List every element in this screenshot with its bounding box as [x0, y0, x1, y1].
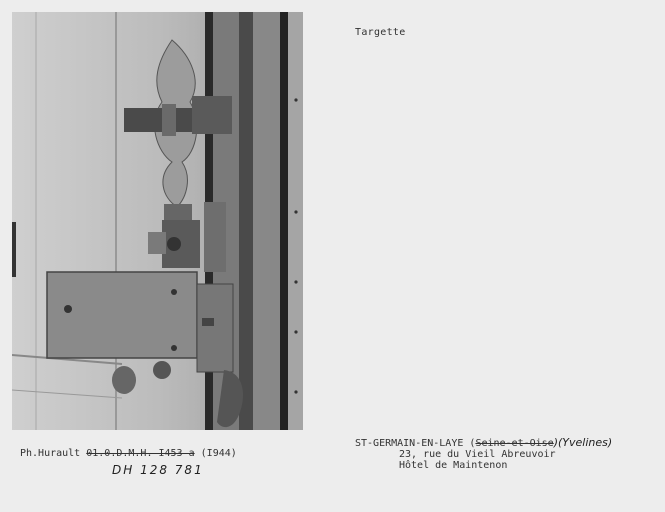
- building-name: Hôtel de Maintenon: [355, 460, 612, 471]
- location-caption: ST-GERMAIN-EN-LAYE (Seine-et-Oise)(Yveli…: [355, 437, 612, 471]
- photo-year: (I944): [201, 448, 237, 459]
- town: ST-GERMAIN-EN-LAYE: [355, 438, 463, 449]
- photo-credit: Ph.Hurault 01.0.D.M.H. I453 a (I944): [20, 448, 237, 459]
- photo-title: Targette: [355, 27, 406, 38]
- photograph: [12, 12, 303, 430]
- struck-department: Seine-et-Oise: [475, 438, 553, 449]
- department-handwritten: )(Yvelines): [554, 436, 612, 449]
- photographer: Ph.Hurault: [20, 448, 80, 459]
- door-latch-image: [12, 12, 303, 430]
- struck-reference: 01.0.D.M.H. I453 a: [86, 448, 194, 459]
- inventory-number: DH 128 781: [112, 463, 204, 477]
- address: 23, rue du Vieil Abreuvoir: [355, 449, 612, 460]
